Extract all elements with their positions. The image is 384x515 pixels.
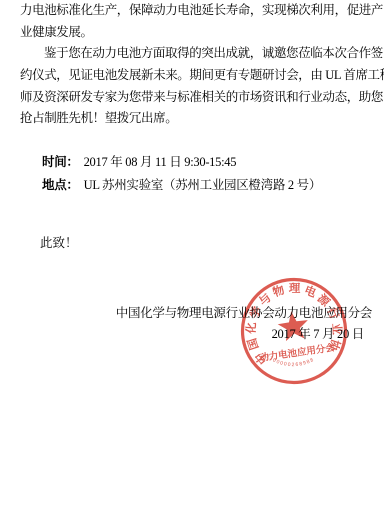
venue-value: UL 苏州实验室（苏州工业园区橙湾路 2 号）	[84, 175, 321, 193]
event-venue-row: 地点： UL 苏州实验室（苏州工业园区橙湾路 2 号）	[42, 175, 321, 193]
body-text-line: 约仪式，见证电池发展新未来。期间更有专题研讨会，由 UL 首席工程	[20, 68, 384, 82]
body-text-line: 力电池标准化生产，保障动力电池延长寿命，实现梯次利用，促进产	[20, 3, 383, 17]
event-time-row: 时间： 2017 年 08 月 11 日 9:30-15:45	[42, 152, 236, 170]
time-value: 2017 年 08 月 11 日 9:30-15:45	[84, 152, 237, 170]
body-text-line: 鉴于您在动力电池方面取得的突出成就，诚邀您莅临本次合作签	[44, 46, 383, 60]
svg-text:1100000268988: 1100000268988	[264, 347, 316, 372]
seal-bottom-text: 动力电池应用分会	[259, 341, 336, 364]
signature-org: 中国化学与物理电源行业协会动力电池应用分会	[116, 303, 372, 324]
signature-date: 2017 年 7 月 20 日	[116, 324, 364, 345]
invitation-letter-page: 力电池标准化生产，保障动力电池延长寿命，实现梯次利用，促进产 业健康发展。 鉴于…	[0, 0, 384, 515]
body-text-line: 业健康发展。	[20, 25, 93, 39]
closing-salutation: 此致！	[40, 233, 78, 251]
seal-number: 1100000268988	[264, 347, 316, 372]
time-label: 时间：	[42, 152, 79, 170]
signature-block: 中国化学与物理电源行业协会动力电池应用分会 2017 年 7 月 20 日	[116, 303, 372, 344]
venue-label: 地点：	[42, 175, 79, 193]
body-text-line: 抢占制胜先机！望拨冗出席。	[20, 111, 177, 125]
body-text-line: 师及资深研发专家为您带来与标准相关的市场资讯和行业动态，助您	[20, 90, 383, 104]
